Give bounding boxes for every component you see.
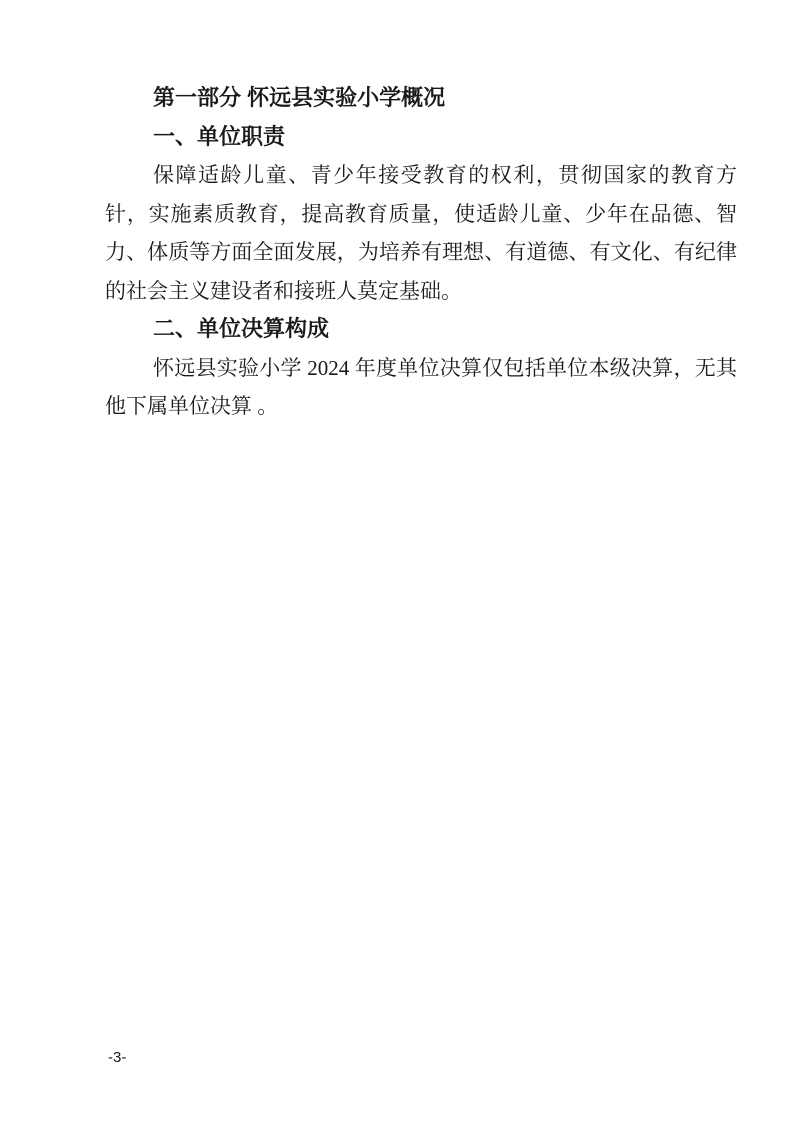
part-title: 第一部分 怀远县实验小学概况 [105, 79, 737, 118]
page-number: -3- [108, 1050, 126, 1065]
document-content: 第一部分 怀远县实验小学概况 一、单位职责 保障适龄儿童、青少年接受教育的权利，… [105, 79, 737, 426]
section-heading-unit-duties: 一、单位职责 [105, 118, 737, 157]
document-page: 第一部分 怀远县实验小学概况 一、单位职责 保障适龄儿童、青少年接受教育的权利，… [0, 0, 793, 1122]
paragraph-final-accounts-composition: 怀远县实验小学 2024 年度单位决算仅包括单位本级决算，无其他下属单位决算 。 [105, 349, 737, 426]
paragraph-unit-duties: 保障适龄儿童、青少年接受教育的权利，贯彻国家的教育方针，实施素质教育，提高教育质… [105, 156, 737, 310]
section-heading-final-accounts-composition: 二、单位决算构成 [105, 310, 737, 349]
